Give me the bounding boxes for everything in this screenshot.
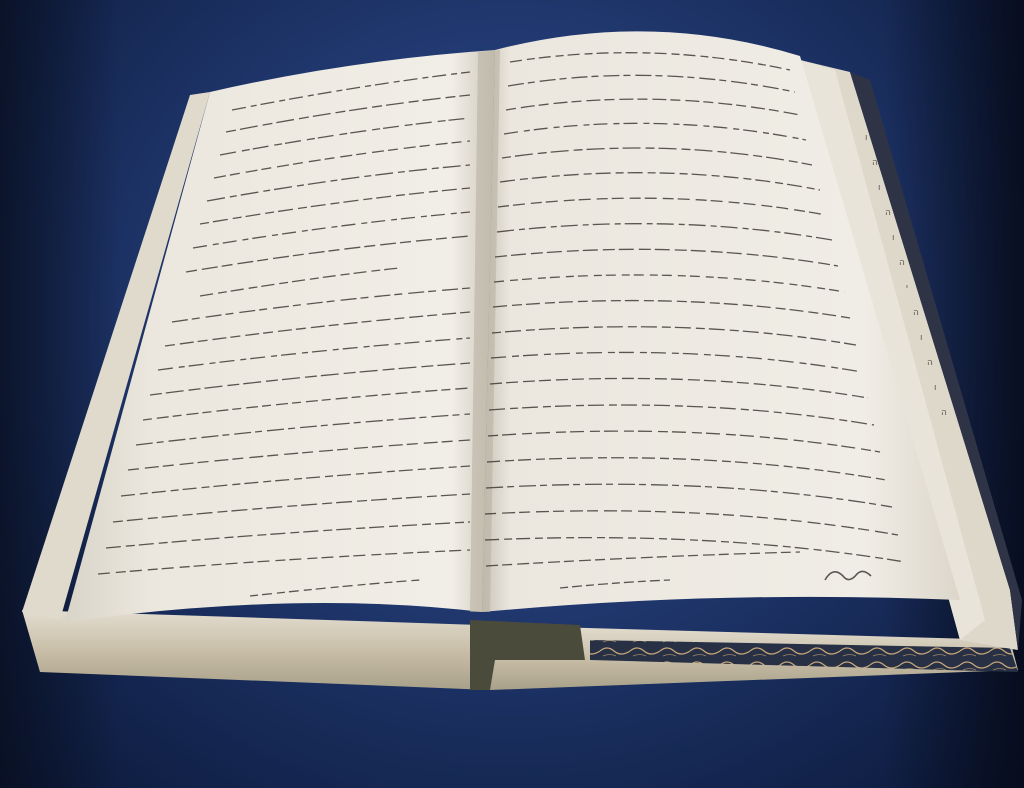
svg-text:ו: ו (878, 183, 880, 193)
svg-text:ה: ה (913, 308, 919, 318)
manuscript-book: והו הוה יהו הוה (0, 0, 1024, 788)
svg-text:ה: ה (899, 258, 905, 268)
svg-text:ה: ה (927, 358, 933, 368)
page-block-bottom (22, 610, 490, 690)
svg-text:ה: ה (941, 408, 947, 418)
svg-text:ו: ו (865, 133, 867, 143)
photo: והו הוה יהו הוה Open handwritten Hebrew … (0, 0, 1024, 788)
svg-text:ו: ו (892, 233, 894, 243)
svg-text:ה: ה (885, 208, 891, 218)
svg-text:ה: ה (872, 158, 878, 168)
svg-text:ו: ו (920, 333, 922, 343)
svg-text:ו: ו (934, 383, 936, 393)
svg-text:י: י (906, 283, 908, 293)
